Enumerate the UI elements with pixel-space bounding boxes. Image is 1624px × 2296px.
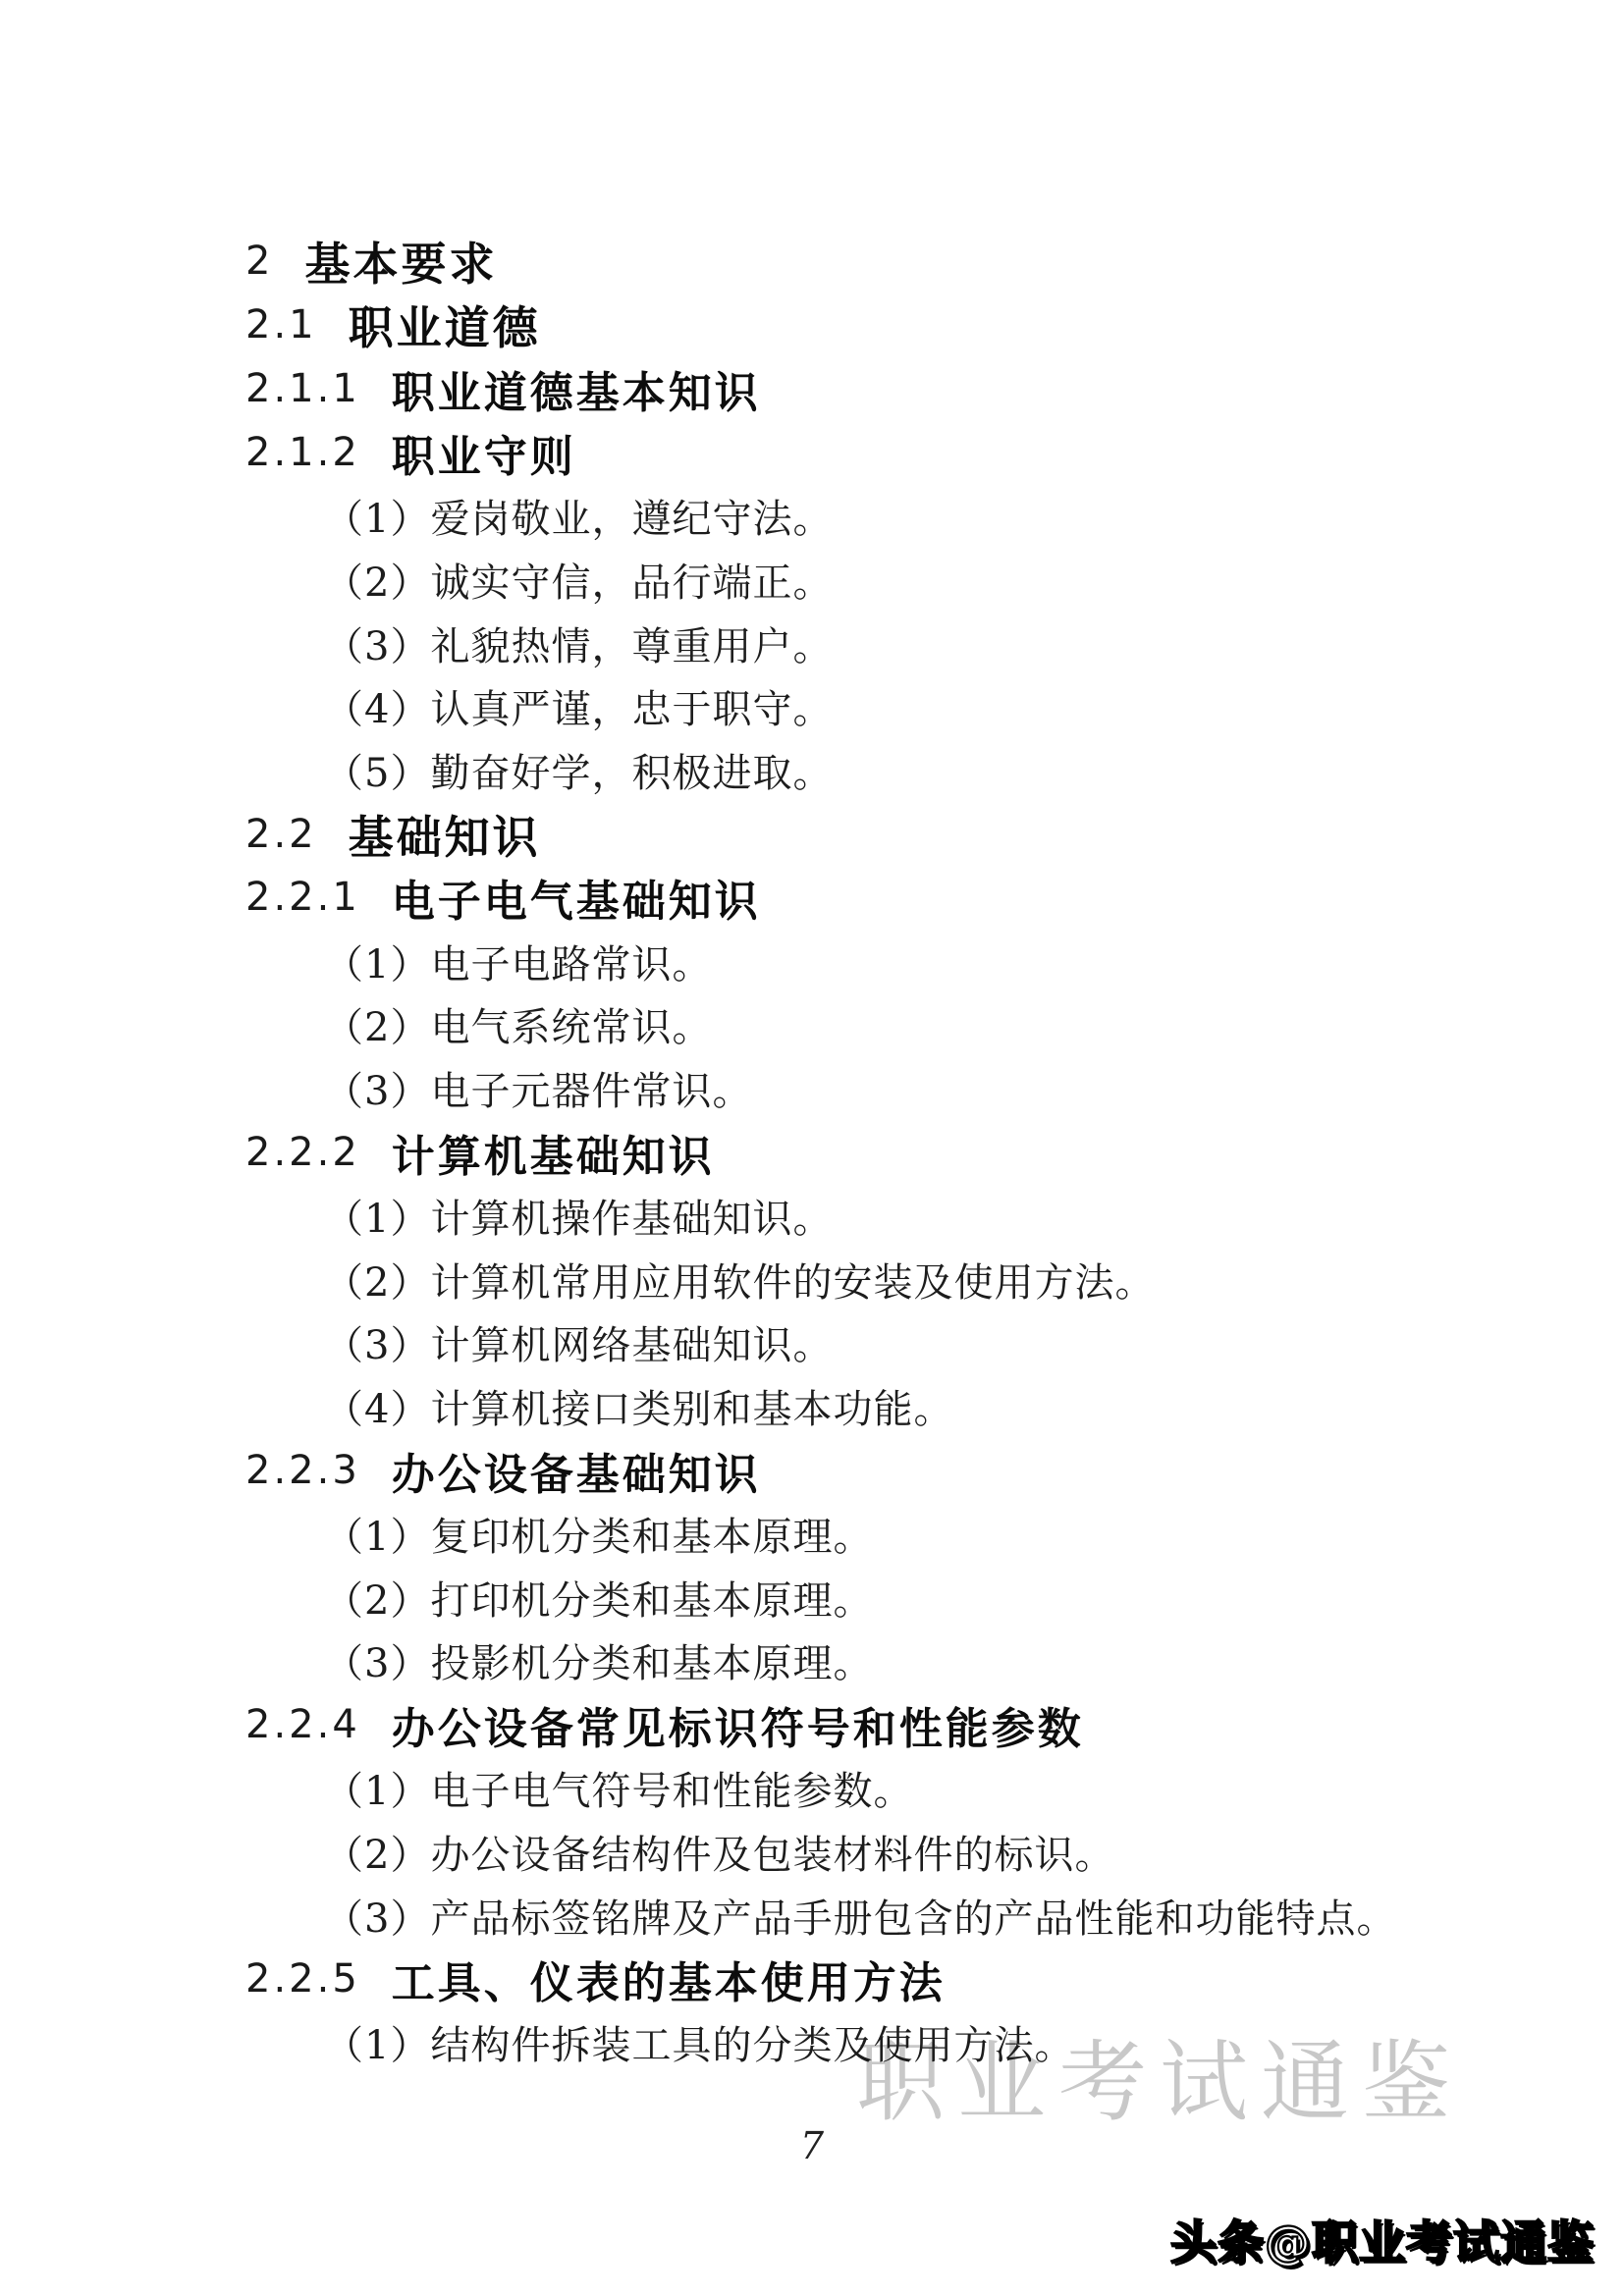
section-heading-2-1-1: 2.1.1职业道德基本知识 (245, 357, 1483, 421)
section-number: 2.1.2 (245, 430, 360, 475)
list-item: （2）电气系统常识。 (245, 993, 1483, 1057)
document-body: 2基本要求2.1职业道德2.1.1职业道德基本知识2.1.2职业守则（1）爱岗敬… (245, 230, 1483, 2074)
list-item-text: （2）打印机分类和基本原理。 (324, 1570, 873, 1626)
list-item: （3）投影机分类和基本原理。 (245, 1629, 1483, 1693)
list-item: （3）产品标签铭牌及产品手册包含的产品性能和功能特点。 (245, 1884, 1483, 1948)
list-item-text: （1）电子电气符号和性能参数。 (324, 1760, 913, 1816)
section-title: 职业道德基本知识 (392, 357, 761, 420)
list-item-text: （3）产品标签铭牌及产品手册包含的产品性能和功能特点。 (324, 1888, 1396, 1944)
section-heading-2-2-1: 2.2.1电子电气基础知识 (245, 866, 1483, 930)
section-title: 基础知识 (349, 802, 541, 867)
list-item: （1）复印机分类和基本原理。 (245, 1502, 1483, 1566)
list-item-text: （1）结构件拆装工具的分类及使用方法。 (324, 2014, 1074, 2070)
list-item-text: （3）计算机网络基础知识。 (324, 1314, 833, 1370)
section-heading-2: 2基本要求 (245, 230, 1483, 294)
list-item-text: （2）电气系统常识。 (324, 996, 712, 1052)
section-number: 2.1.1 (245, 366, 360, 411)
list-item: （3）电子元器件常识。 (245, 1056, 1483, 1120)
list-item-text: （2）诚实守信，品行端正。 (324, 552, 833, 608)
section-heading-2-2-5: 2.2.5工具、仪表的基本使用方法 (245, 1948, 1483, 2011)
list-item-text: （1）复印机分类和基本原理。 (324, 1506, 873, 1562)
list-item: （2）计算机常用应用软件的安装及使用方法。 (245, 1248, 1483, 1311)
section-heading-2-2-4: 2.2.4办公设备常见标识符号和性能参数 (245, 1692, 1483, 1756)
list-item-text: （2）办公设备结构件及包装材料件的标识。 (324, 1824, 1114, 1880)
section-heading-2-2-3: 2.2.3办公设备基础知识 (245, 1438, 1483, 1502)
list-item: （1）爱岗敬业，遵纪守法。 (245, 484, 1483, 548)
list-item: （2）打印机分类和基本原理。 (245, 1566, 1483, 1629)
list-item-text: （1）计算机操作基础知识。 (324, 1188, 833, 1244)
list-item: （4）计算机接口类别和基本功能。 (245, 1374, 1483, 1438)
section-heading-2-1-2: 2.1.2职业守则 (245, 420, 1483, 484)
list-item: （1）计算机操作基础知识。 (245, 1184, 1483, 1248)
list-item-text: （3）投影机分类和基本原理。 (324, 1632, 873, 1688)
section-number: 2.2.3 (245, 1448, 360, 1493)
list-item-text: （3）电子元器件常识。 (324, 1060, 752, 1116)
list-item-text: （4）计算机接口类别和基本功能。 (324, 1378, 953, 1434)
list-item-text: （5）勤奋好学，积极进取。 (324, 742, 833, 798)
list-item: （1）电子电气符号和性能参数。 (245, 1756, 1483, 1820)
section-title: 工具、仪表的基本使用方法 (392, 1948, 946, 2010)
list-item-text: （4）认真严谨，忠于职守。 (324, 678, 833, 734)
page-number: 7 (0, 2124, 1624, 2167)
footer-watermark-badge: 头条@职业考试通鉴 (1170, 2207, 1595, 2272)
section-title: 计算机基础知识 (392, 1121, 715, 1184)
section-number: 2.2.1 (245, 875, 360, 920)
list-item: （3）礼貌热情，尊重用户。 (245, 612, 1483, 675)
section-number: 2 (245, 239, 273, 284)
section-heading-2-1: 2.1职业道德 (245, 294, 1483, 357)
list-item-text: （1）爱岗敬业，遵纪守法。 (324, 488, 833, 544)
section-number: 2.2.2 (245, 1130, 360, 1175)
list-item-text: （2）计算机常用应用软件的安装及使用方法。 (324, 1252, 1155, 1308)
list-item: （4）认真严谨，忠于职守。 (245, 675, 1483, 739)
list-item-text: （3）礼貌热情，尊重用户。 (324, 615, 833, 671)
list-item: （1）结构件拆装工具的分类及使用方法。 (245, 2010, 1483, 2074)
section-title: 职业守则 (392, 421, 576, 484)
section-number: 2.2 (245, 812, 317, 857)
list-item: （3）计算机网络基础知识。 (245, 1311, 1483, 1375)
section-number: 2.2.4 (245, 1702, 360, 1747)
list-item-text: （1）电子电路常识。 (324, 934, 712, 989)
section-title: 基本要求 (304, 229, 497, 294)
list-item: （1）电子电路常识。 (245, 930, 1483, 993)
list-item: （5）勤奋好学，积极进取。 (245, 738, 1483, 802)
document-page: 职业考试通鉴 2基本要求2.1职业道德2.1.1职业道德基本知识2.1.2职业守… (0, 0, 1624, 2296)
section-title: 办公设备基础知识 (392, 1439, 761, 1502)
section-number: 2.2.5 (245, 1956, 360, 2002)
list-item: （2）办公设备结构件及包装材料件的标识。 (245, 1820, 1483, 1884)
section-number: 2.1 (245, 302, 317, 347)
section-heading-2-2-2: 2.2.2计算机基础知识 (245, 1120, 1483, 1184)
section-title: 电子电气基础知识 (392, 866, 761, 929)
section-title: 办公设备常见标识符号和性能参数 (392, 1693, 1084, 1756)
section-title: 职业道德 (349, 293, 541, 357)
section-heading-2-2: 2.2基础知识 (245, 802, 1483, 866)
list-item: （2）诚实守信，品行端正。 (245, 548, 1483, 612)
